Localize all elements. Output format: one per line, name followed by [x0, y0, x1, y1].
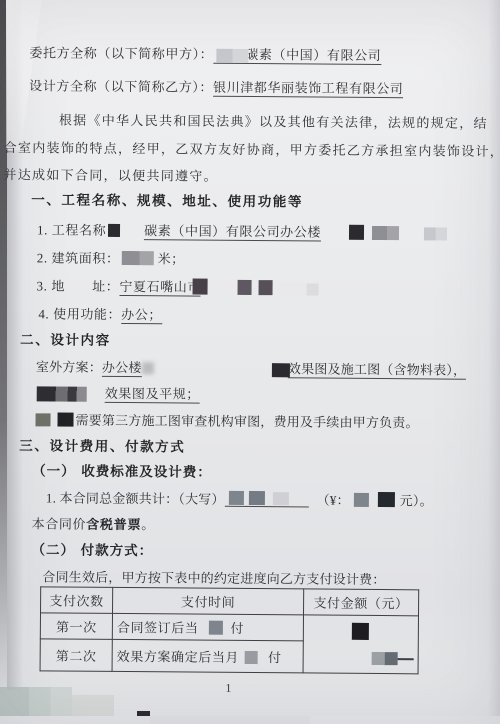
- redaction-block: [372, 652, 385, 665]
- preamble-line-2: 合室内装饰的特点，经甲，乙双方友好协商，甲方委托乙方承担室内装饰设计，: [4, 139, 500, 160]
- redaction-strike: [398, 658, 414, 660]
- redaction-block: [385, 652, 398, 665]
- row1-time-prefix: 合同签订后当: [117, 620, 199, 636]
- floor-area-suffix: 米；: [158, 251, 185, 266]
- redaction-block: [354, 493, 369, 507]
- header-pay-amount: 支付金额（元）: [303, 589, 418, 616]
- preamble-line-1: 根据《中华人民共和国民法典》以及其他有关法律，法规的规定，结: [59, 111, 488, 131]
- outdoor-plan-value2: 效果图及施工图（含物料表），: [288, 361, 466, 379]
- section-3-heading: 三、设计费用、付款方式: [19, 438, 185, 456]
- party-a-label: 委托方全称（以下简称甲方）：: [29, 45, 213, 61]
- redaction-block: [238, 280, 252, 295]
- contract-photo: 委托方全称（以下简称甲方）：碳素（中国）有限公司 设计方全称（以下简称乙方）：银…: [0, 0, 500, 724]
- address-label: 3. 地 址：: [37, 278, 120, 294]
- redaction-block: [352, 623, 369, 640]
- pixelation-artifact: [0, 687, 72, 717]
- project-name-label: 1. 工程名称: [37, 222, 106, 238]
- floor-area-line: 2. 建筑面积：米；: [37, 249, 185, 267]
- pixelation-artifact: [72, 695, 114, 717]
- address-value: 宁夏石嘴山市: [119, 279, 201, 297]
- redaction-block: [35, 413, 50, 426]
- redaction-block: [229, 491, 244, 505]
- redaction-block: [37, 386, 87, 401]
- amount-cell: [303, 615, 418, 674]
- renderings-line: 效果图及平规；: [105, 385, 200, 403]
- row2-time-suffix: 付: [268, 650, 282, 665]
- third-party-review-line: 需要第三方施工图审查机构审图，费用及手续由甲方负责。: [75, 412, 418, 432]
- party-a-line: 委托方全称（以下简称甲方）：碳素（中国）有限公司: [29, 44, 381, 64]
- amount-suffix: 元）。: [400, 493, 433, 508]
- renderings-text: 效果图及平规；: [105, 386, 200, 404]
- payment-intro-line: 合同生效后，甲方按下表中的约定进度向乙方支付设计费：: [42, 568, 385, 588]
- redaction-block: [259, 280, 273, 295]
- preamble-line-3: 并达成如下合同，以便共同遵守。: [3, 166, 218, 185]
- paper-bottom-edge: [0, 716, 500, 724]
- section-2-heading: 二、设计内容: [20, 332, 111, 350]
- fee-standard-heading: （一） 收费标准及设计费：: [32, 463, 212, 481]
- amount-prefix: 1. 本合同总金额共计：（大写）: [46, 490, 225, 506]
- outdoor-plan-tail: 效果图及施工图（含物料表），: [288, 360, 466, 378]
- row1-time: 合同签订后当付: [112, 613, 303, 640]
- party-b-value: 银川津都华丽装饰工程有限公司: [213, 80, 404, 98]
- tax-prefix: 本合同价: [32, 516, 87, 531]
- redaction-block: [208, 621, 222, 635]
- section-1-heading: 一、工程名称、规模、地址、使用功能等: [31, 192, 303, 211]
- project-name-line: 1. 工程名称碳素（中国）有限公司办公楼: [37, 221, 321, 240]
- usage-line: 4. 使用功能：办公；: [38, 305, 162, 323]
- redaction-block: [424, 227, 447, 240]
- tax-bold: 含税普票: [86, 518, 141, 533]
- payment-method-heading: （二） 付款方式：: [31, 542, 153, 560]
- redaction-block: [280, 282, 306, 295]
- tax-end: 。: [141, 517, 155, 532]
- party-b-label: 设计方全称（以下简称乙方）：: [29, 78, 213, 94]
- table-header-row: 支付次数 支付时间 支付金额（元）: [41, 587, 419, 616]
- address-line: 3. 地 址：宁夏石嘴山市: [37, 277, 202, 295]
- amount-mid: （¥：: [317, 493, 350, 508]
- redaction-block: [307, 283, 319, 295]
- header-pay-count: 支付次数: [41, 587, 113, 614]
- blur-artifact: [142, 362, 154, 374]
- party-b-line: 设计方全称（以下简称乙方）：银川津都华丽装饰工程有限公司: [29, 77, 403, 97]
- redaction-block: [249, 491, 265, 505]
- project-name-value: 碳素（中国）有限公司办公楼: [144, 223, 321, 241]
- outdoor-plan-value1: 办公楼: [102, 360, 142, 377]
- usage-value: 办公；: [121, 307, 162, 324]
- floor-area-label: 2. 建筑面积：: [37, 250, 120, 266]
- usage-label: 4. 使用功能：: [38, 306, 121, 322]
- row1-times: 第一次: [40, 613, 112, 640]
- amount-capital-blank: [225, 491, 309, 508]
- redaction-block: [108, 224, 120, 237]
- redaction-block: [216, 49, 248, 63]
- payment-schedule-table: 支付次数 支付时间 支付金额（元） 第一次 合同签订后当付 第二次: [40, 586, 420, 674]
- outdoor-plan-label: 室外方案：: [36, 359, 102, 375]
- redaction-block: [57, 412, 73, 426]
- redaction-block: [245, 651, 258, 664]
- total-amount-line: 1. 本合同总金额共计：（大写）（¥：元）。: [46, 489, 433, 509]
- redaction-block: [372, 226, 399, 240]
- contract-page: 委托方全称（以下简称甲方）：碳素（中国）有限公司 设计方全称（以下简称乙方）：银…: [0, 0, 500, 724]
- redaction-block: [193, 279, 208, 295]
- redaction-block: [349, 225, 364, 240]
- redaction-block: [378, 492, 395, 507]
- tax-line: 本合同价含税普票。: [32, 515, 155, 534]
- row2-times: 第二次: [40, 639, 112, 672]
- row1-time-suffix: 付: [230, 621, 244, 636]
- redaction-block: [273, 492, 289, 505]
- table-row: 第一次 合同签订后当付: [40, 613, 418, 642]
- outdoor-plan-line: 室外方案：办公楼: [36, 358, 154, 376]
- redaction-block: [122, 251, 154, 265]
- header-pay-time: 支付时间: [113, 587, 304, 614]
- page-number: 1: [225, 681, 232, 696]
- row2-time-prefix: 效果方案确定后当月: [117, 649, 240, 665]
- row2-time: 效果方案确定后当月付: [112, 639, 303, 672]
